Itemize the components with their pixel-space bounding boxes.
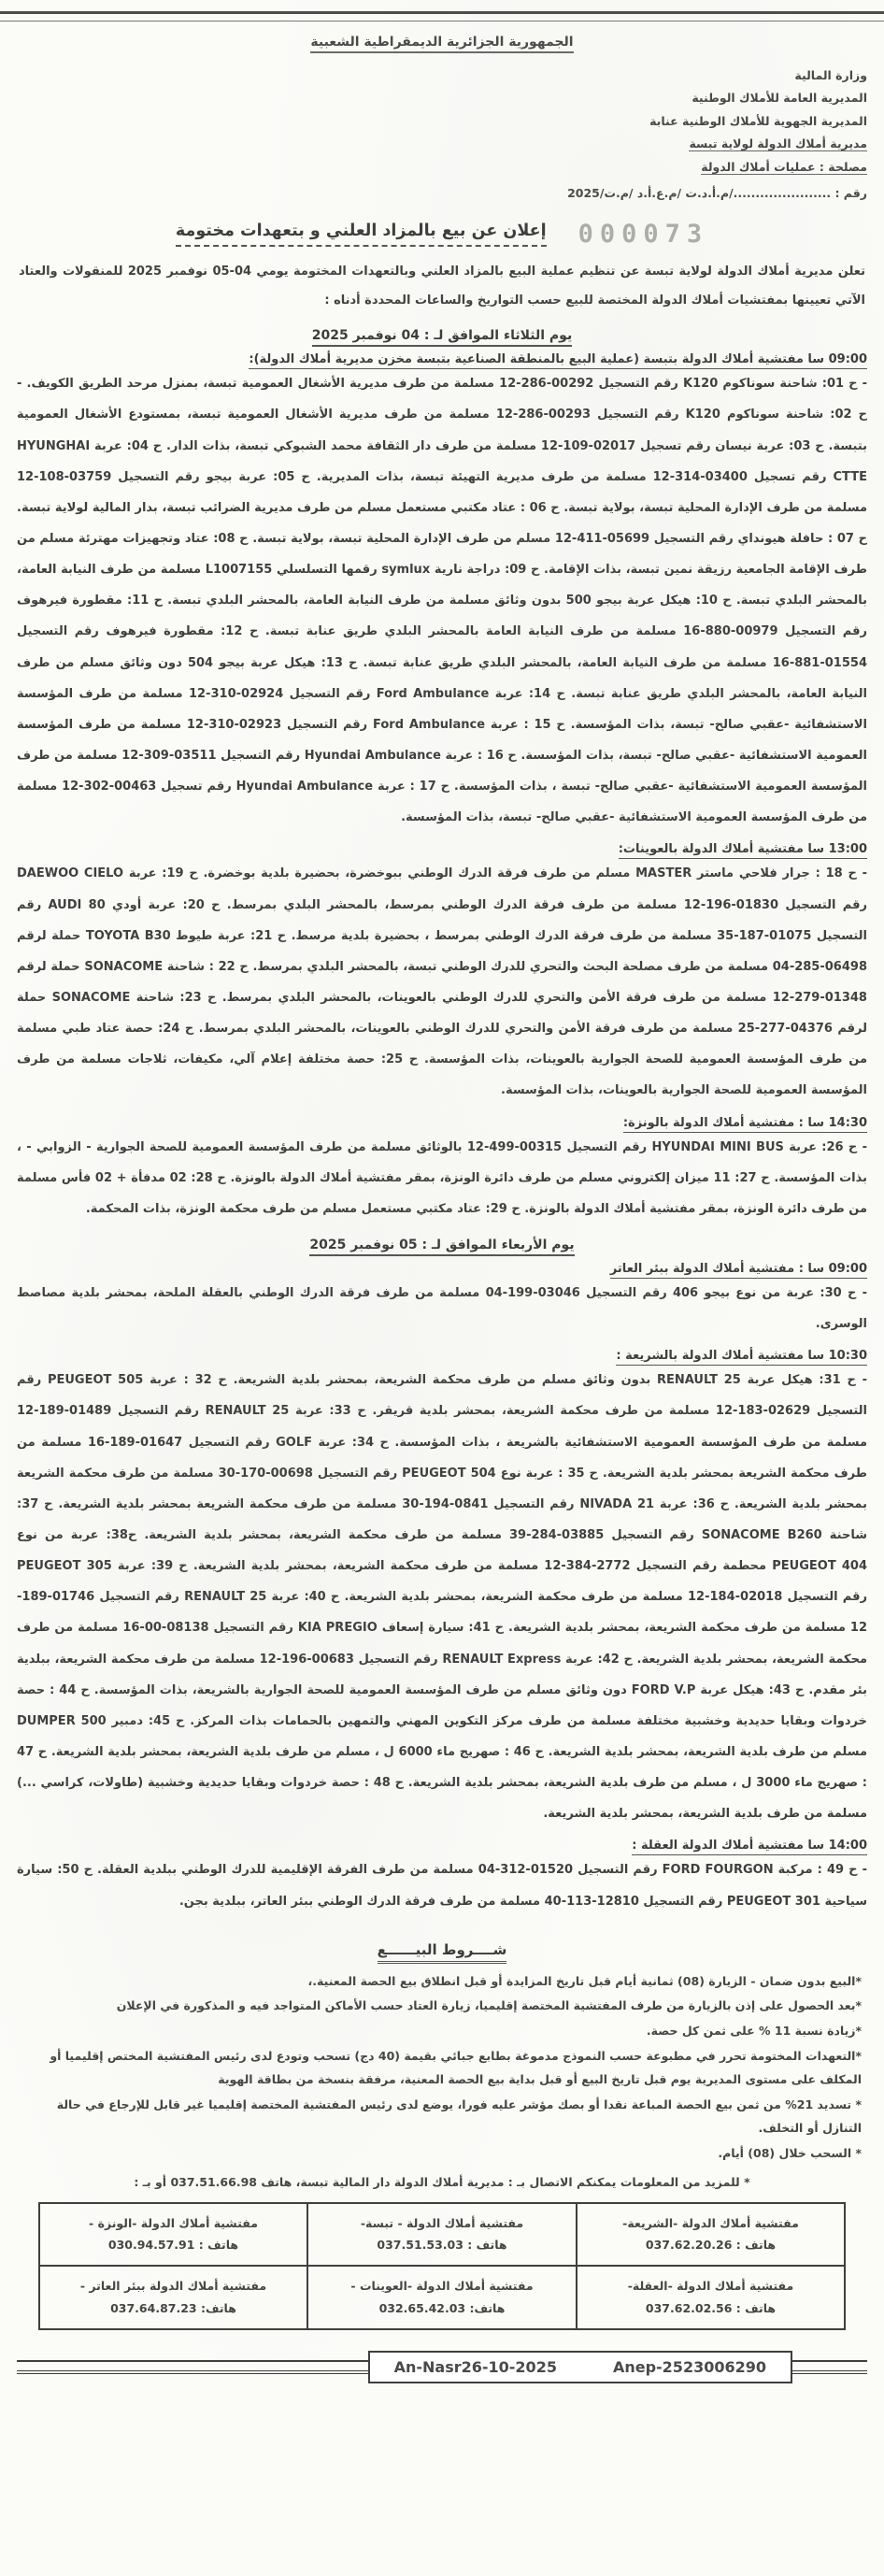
day2-section-ogla-time-text: 14:00 سا مفتشية أملاك الدولة العقلة :	[632, 1839, 867, 1855]
offices-row-2: مفتشية أملاك الدولة -العقلة- هاتف : 037.…	[39, 2266, 846, 2329]
condition-item: * السحب خلال (08) أيام.	[22, 2141, 862, 2166]
day2-section-bir-el-ater-body: - ح 30: عربة من نوع بيجو 406 رقم التسجيل…	[17, 1278, 867, 1339]
intro-paragraph: تعلن مديرية أملاك الدولة لولاية تبسة عن …	[19, 258, 865, 315]
day1-section-ouenza-body: - ح 26: عربة HYUNDAI MINI BUS رقم التسجي…	[17, 1132, 867, 1224]
day1-section-aouinet-time-text: 13:00 سا مفتشية أملاك الدولة بالعوينات:	[619, 842, 867, 859]
office-cell-tebessa: مفتشية أملاك الدولة - تبسة- هاتف : 037.5…	[307, 2203, 577, 2267]
office-phone: هاتف: 037.64.87.23	[46, 2297, 302, 2320]
day1-section-ouenza: 14:30 سا : مفتشية أملاك الدولة بالونزة: …	[17, 1116, 867, 1224]
stamp-number: 000073	[578, 220, 709, 249]
announcement-document: الجمهورية الجزائرية الديمقراطية الشعبية …	[0, 35, 884, 2383]
office-phone: هاتف : 037.51.53.03	[314, 2234, 570, 2256]
reference-number-line: رقم : ....................../م.أ.د.ت /م.…	[17, 182, 867, 205]
anep-box: An-Nasr26-10-2025 Anep-2523006290	[368, 2351, 792, 2383]
header-block: وزارة المالية المديرية العامة للأملاك ال…	[17, 64, 867, 205]
day2-section-ogla: 14:00 سا مفتشية أملاك الدولة العقلة : - …	[17, 1839, 867, 1916]
day1-section-aouinet-time: 13:00 سا مفتشية أملاك الدولة بالعوينات:	[17, 842, 867, 856]
day2-heading: يوم الأربعاء الموافق لـ : 05 نوفمبر 2025	[17, 1238, 867, 1252]
day2-heading-text: يوم الأربعاء الموافق لـ : 05 نوفمبر 2025	[309, 1238, 574, 1256]
service-text: مصلحة : عمليات أملاك الدولة	[701, 160, 867, 175]
condition-item: *التعهدات المختومة تحرر في مطبوعة حسب ال…	[22, 2044, 862, 2092]
wilaya-directorate-text: مديرية أملاك الدولة لولاية تبسة	[689, 136, 867, 151]
day1-section-tebessa-body: - ح 01: شاحنة سوناكوم K120 رقم التسجيل 0…	[17, 368, 867, 833]
republic-heading-text: الجمهورية الجزائرية الديمقراطية الشعبية	[310, 35, 573, 53]
general-directorate-line: المديرية العامة للأملاك الوطنية	[17, 87, 867, 109]
office-name: مفتشية أملاك الدولة -العقلة-	[583, 2275, 839, 2297]
day1-heading: يوم الثلاثاء الموافق لـ : 04 نوفمبر 2025	[17, 328, 867, 343]
footer-right-rule	[17, 2360, 368, 2374]
top-double-rule	[0, 11, 884, 21]
office-cell-ouenza: مفتشية أملاك الدولة -الونزة - هاتف : 030…	[39, 2203, 308, 2267]
office-phone: هاتف : 037.62.20.26	[583, 2234, 839, 2256]
contact-info-line: * للمزيد من المعلومات يمكنكم الاتصال بـ …	[17, 2175, 867, 2189]
office-name: مفتشية أملاك الدولة ببئر العاتر -	[46, 2275, 302, 2297]
republic-heading: الجمهورية الجزائرية الديمقراطية الشعبية	[17, 35, 867, 50]
office-cell-bir-el-ater: مفتشية أملاك الدولة ببئر العاتر - هاتف: …	[39, 2266, 308, 2329]
office-name: مفتشية أملاك الدولة - تبسة-	[314, 2212, 570, 2235]
office-cell-cheria: مفتشية أملاك الدولة -الشريعة- هاتف : 037…	[577, 2203, 846, 2267]
office-name: مفتشية أملاك الدولة -العوينات -	[314, 2275, 570, 2297]
offices-contact-table: مفتشية أملاك الدولة -الشريعة- هاتف : 037…	[38, 2202, 847, 2330]
office-phone: هاتف : 037.62.02.56	[583, 2297, 839, 2320]
conditions-heading-text: شــــروط البيــــــع	[378, 1941, 507, 1964]
condition-item: *بعد الحصول على إذن بالزيارة من طرف المف…	[22, 1994, 862, 2018]
office-cell-ogla: مفتشية أملاك الدولة -العقلة- هاتف : 037.…	[577, 2266, 846, 2329]
condition-item: *زيادة نسبة 11 % على ثمن كل حصة.	[22, 2019, 862, 2043]
newspaper-date-label: An-Nasr26-10-2025	[394, 2358, 557, 2376]
office-phone: هاتف: 032.65.42.03	[314, 2297, 570, 2320]
condition-item: *البيع بدون ضمان - الزيارة (08) ثمانية أ…	[22, 1969, 862, 1994]
page-title: إعلان عن بيع بالمزاد العلني و بتعهدات مخ…	[176, 222, 547, 247]
day2-section-cheria-time: 10:30 سا مفتشية أملاك الدولة بالشريعة :	[17, 1349, 867, 1363]
regional-directorate-line: المديرية الجهوية للأملاك الوطنية عنابة	[17, 110, 867, 133]
day1-section-ouenza-time: 14:30 سا : مفتشية أملاك الدولة بالونزة:	[17, 1116, 867, 1130]
day2-section-bir-el-ater-time-text: 09:00 سا : مفتشية أملاك الدولة ببئر العا…	[610, 1262, 867, 1279]
day1-section-tebessa-time: 09:00 سا مفتشية أملاك الدولة بتبسة (عملي…	[17, 352, 867, 366]
office-name: مفتشية أملاك الدولة -الشريعة-	[583, 2212, 839, 2235]
day2-section-bir-el-ater-time: 09:00 سا : مفتشية أملاك الدولة ببئر العا…	[17, 1262, 867, 1276]
conditions-heading: شــــروط البيــــــع	[17, 1941, 867, 1958]
day1-heading-text: يوم الثلاثاء الموافق لـ : 04 نوفمبر 2025	[312, 328, 572, 347]
footer-bar: An-Nasr26-10-2025 Anep-2523006290	[17, 2351, 867, 2383]
office-phone: هاتف : 030.94.57.91	[46, 2234, 302, 2256]
day1-section-tebessa-time-text: 09:00 سا مفتشية أملاك الدولة بتبسة (عملي…	[249, 352, 867, 369]
day1-section-ouenza-time-text: 14:30 سا : مفتشية أملاك الدولة بالونزة:	[623, 1116, 867, 1133]
condition-item: * تسديد 21% من ثمن بيع الحصة المباعة نقد…	[22, 2093, 862, 2140]
office-name: مفتشية أملاك الدولة -الونزة -	[46, 2212, 302, 2235]
title-row: 000073 إعلان عن بيع بالمزاد العلني و بتع…	[17, 220, 867, 249]
day2-section-cheria: 10:30 سا مفتشية أملاك الدولة بالشريعة : …	[17, 1349, 867, 1829]
conditions-list: *البيع بدون ضمان - الزيارة (08) ثمانية أ…	[22, 1969, 862, 2166]
service-line: مصلحة : عمليات أملاك الدولة	[17, 156, 867, 179]
day2-section-cheria-body: - ح 31: هيكل عربة RENAULT 25 بدون وثائق …	[17, 1365, 867, 1829]
ministry-line: وزارة المالية	[17, 64, 867, 87]
footer-left-rule	[792, 2360, 867, 2374]
day1-section-ouenza-aouinet: 13:00 سا مفتشية أملاك الدولة بالعوينات: …	[17, 842, 867, 1106]
day2-section-ogla-body: - ح 49 : مركبة FORD FOURGON رقم التسجيل …	[17, 1854, 867, 1916]
day2-section-ogla-time: 14:00 سا مفتشية أملاك الدولة العقلة :	[17, 1839, 867, 1853]
day1-section-tebessa: 09:00 سا مفتشية أملاك الدولة بتبسة (عملي…	[17, 352, 867, 833]
day2-section-cheria-time-text: 10:30 سا مفتشية أملاك الدولة بالشريعة :	[616, 1349, 867, 1366]
day1-section-aouinet-body: - ح 18 : جرار فلاحي ماستر MASTER مسلم من…	[17, 858, 867, 1106]
wilaya-directorate-line: مديرية أملاك الدولة لولاية تبسة	[17, 133, 867, 155]
offices-row-1: مفتشية أملاك الدولة -الشريعة- هاتف : 037…	[39, 2203, 846, 2267]
day2-section-bir-el-ater: 09:00 سا : مفتشية أملاك الدولة ببئر العا…	[17, 1262, 867, 1339]
office-cell-aouinet: مفتشية أملاك الدولة -العوينات - هاتف: 03…	[307, 2266, 577, 2329]
anep-reference-label: Anep-2523006290	[613, 2358, 766, 2376]
